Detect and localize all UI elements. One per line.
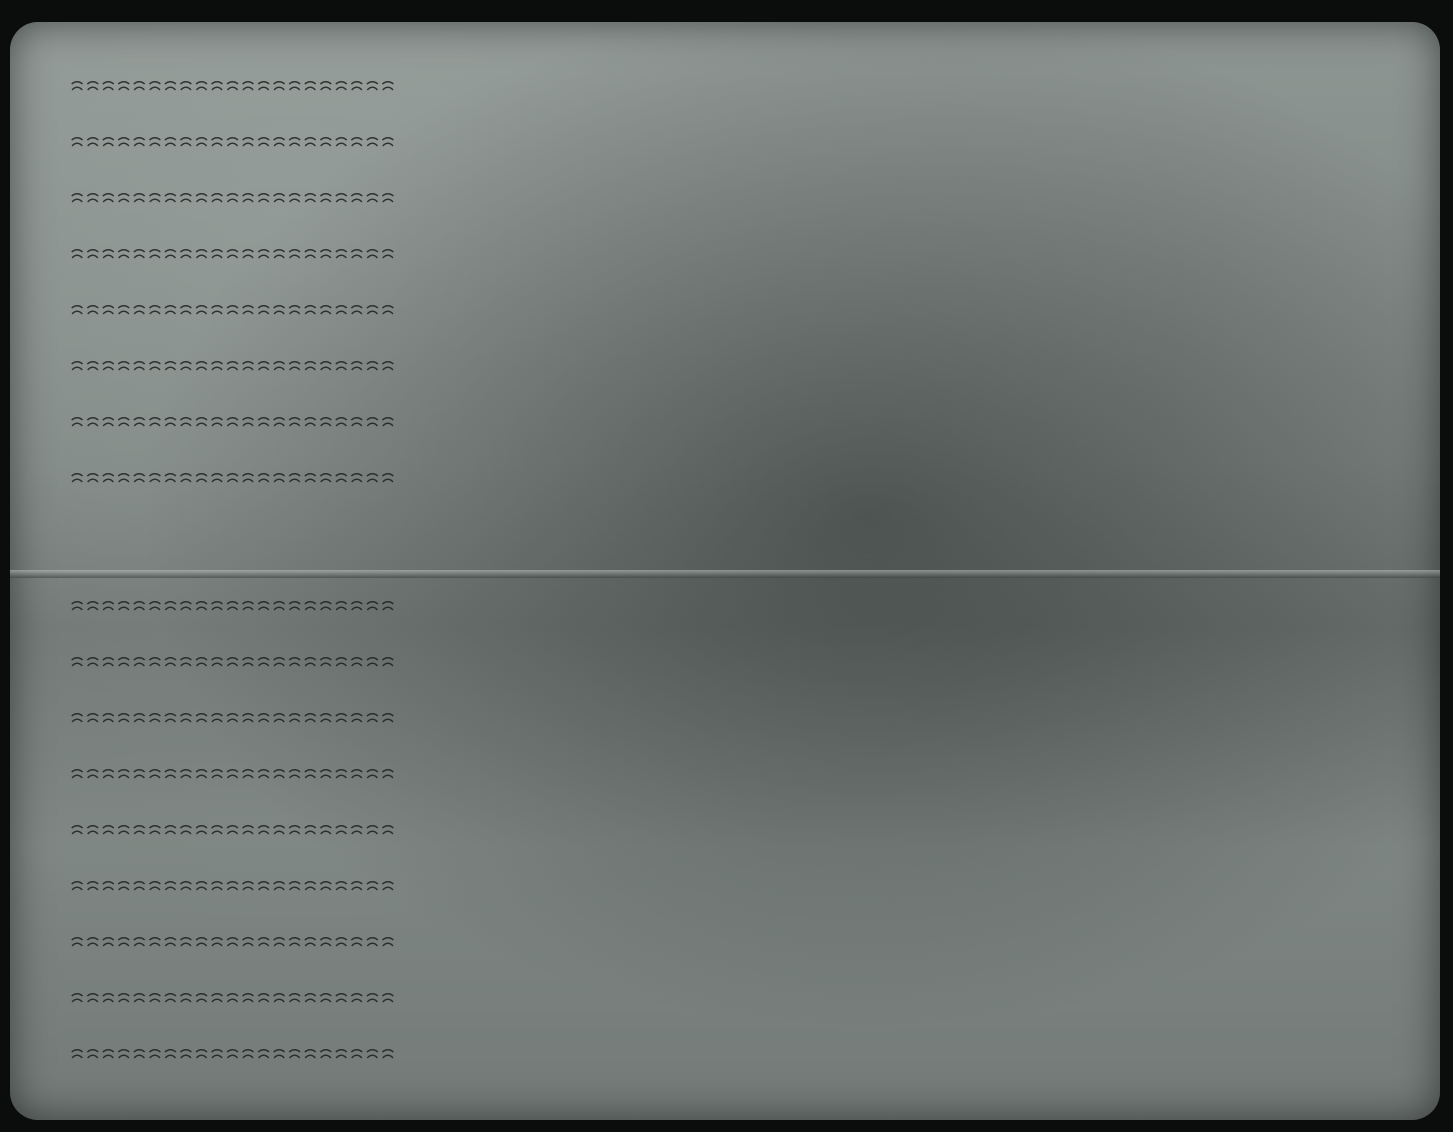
text-line: ꩰ ꩰ ꩰ ꩰ ꩰ ꩰ ꩰ ꩰ ꩰ ꩰ ꩰ ꩰ ꩰ ꩰ ꩰ ꩰ ꩰ ꩰ ꩰ ꩰ … [70,758,1400,814]
text-line: ꩰ ꩰ ꩰ ꩰ ꩰ ꩰ ꩰ ꩰ ꩰ ꩰ ꩰ ꩰ ꩰ ꩰ ꩰ ꩰ ꩰ ꩰ ꩰ ꩰ … [70,70,1400,126]
text-line: ꩰ ꩰ ꩰ ꩰ ꩰ ꩰ ꩰ ꩰ ꩰ ꩰ ꩰ ꩰ ꩰ ꩰ ꩰ ꩰ ꩰ ꩰ ꩰ ꩰ … [70,814,1400,870]
text-line: ꩰ ꩰ ꩰ ꩰ ꩰ ꩰ ꩰ ꩰ ꩰ ꩰ ꩰ ꩰ ꩰ ꩰ ꩰ ꩰ ꩰ ꩰ ꩰ ꩰ … [70,590,1400,646]
page-fold [10,570,1440,578]
text-line: ꩰ ꩰ ꩰ ꩰ ꩰ ꩰ ꩰ ꩰ ꩰ ꩰ ꩰ ꩰ ꩰ ꩰ ꩰ ꩰ ꩰ ꩰ ꩰ ꩰ … [70,870,1400,926]
text-line: ꩰ ꩰ ꩰ ꩰ ꩰ ꩰ ꩰ ꩰ ꩰ ꩰ ꩰ ꩰ ꩰ ꩰ ꩰ ꩰ ꩰ ꩰ ꩰ ꩰ … [70,126,1400,182]
text-line: ꩰ ꩰ ꩰ ꩰ ꩰ ꩰ ꩰ ꩰ ꩰ ꩰ ꩰ ꩰ ꩰ ꩰ ꩰ ꩰ ꩰ ꩰ ꩰ ꩰ … [70,646,1400,702]
text-line: ꩰ ꩰ ꩰ ꩰ ꩰ ꩰ ꩰ ꩰ ꩰ ꩰ ꩰ ꩰ ꩰ ꩰ ꩰ ꩰ ꩰ ꩰ ꩰ ꩰ … [70,182,1400,238]
text-line: ꩰ ꩰ ꩰ ꩰ ꩰ ꩰ ꩰ ꩰ ꩰ ꩰ ꩰ ꩰ ꩰ ꩰ ꩰ ꩰ ꩰ ꩰ ꩰ ꩰ … [70,982,1400,1038]
text-line: ꩰ ꩰ ꩰ ꩰ ꩰ ꩰ ꩰ ꩰ ꩰ ꩰ ꩰ ꩰ ꩰ ꩰ ꩰ ꩰ ꩰ ꩰ ꩰ ꩰ … [70,406,1400,462]
text-line: ꩰ ꩰ ꩰ ꩰ ꩰ ꩰ ꩰ ꩰ ꩰ ꩰ ꩰ ꩰ ꩰ ꩰ ꩰ ꩰ ꩰ ꩰ ꩰ ꩰ … [70,1038,1400,1094]
text-line: ꩰ ꩰ ꩰ ꩰ ꩰ ꩰ ꩰ ꩰ ꩰ ꩰ ꩰ ꩰ ꩰ ꩰ ꩰ ꩰ ꩰ ꩰ ꩰ ꩰ … [70,350,1400,406]
lower-panel-text: ꩰ ꩰ ꩰ ꩰ ꩰ ꩰ ꩰ ꩰ ꩰ ꩰ ꩰ ꩰ ꩰ ꩰ ꩰ ꩰ ꩰ ꩰ ꩰ ꩰ … [70,590,1400,1094]
upper-panel-text: ꩰ ꩰ ꩰ ꩰ ꩰ ꩰ ꩰ ꩰ ꩰ ꩰ ꩰ ꩰ ꩰ ꩰ ꩰ ꩰ ꩰ ꩰ ꩰ ꩰ … [70,70,1400,518]
text-line: ꩰ ꩰ ꩰ ꩰ ꩰ ꩰ ꩰ ꩰ ꩰ ꩰ ꩰ ꩰ ꩰ ꩰ ꩰ ꩰ ꩰ ꩰ ꩰ ꩰ … [70,294,1400,350]
text-line: ꩰ ꩰ ꩰ ꩰ ꩰ ꩰ ꩰ ꩰ ꩰ ꩰ ꩰ ꩰ ꩰ ꩰ ꩰ ꩰ ꩰ ꩰ ꩰ ꩰ … [70,462,1400,518]
text-line: ꩰ ꩰ ꩰ ꩰ ꩰ ꩰ ꩰ ꩰ ꩰ ꩰ ꩰ ꩰ ꩰ ꩰ ꩰ ꩰ ꩰ ꩰ ꩰ ꩰ … [70,238,1400,294]
image-subject: Photograph of a handwritten manuscript s… [0,0,1,1]
text-line: ꩰ ꩰ ꩰ ꩰ ꩰ ꩰ ꩰ ꩰ ꩰ ꩰ ꩰ ꩰ ꩰ ꩰ ꩰ ꩰ ꩰ ꩰ ꩰ ꩰ … [70,926,1400,982]
text-line: ꩰ ꩰ ꩰ ꩰ ꩰ ꩰ ꩰ ꩰ ꩰ ꩰ ꩰ ꩰ ꩰ ꩰ ꩰ ꩰ ꩰ ꩰ ꩰ ꩰ … [70,702,1400,758]
